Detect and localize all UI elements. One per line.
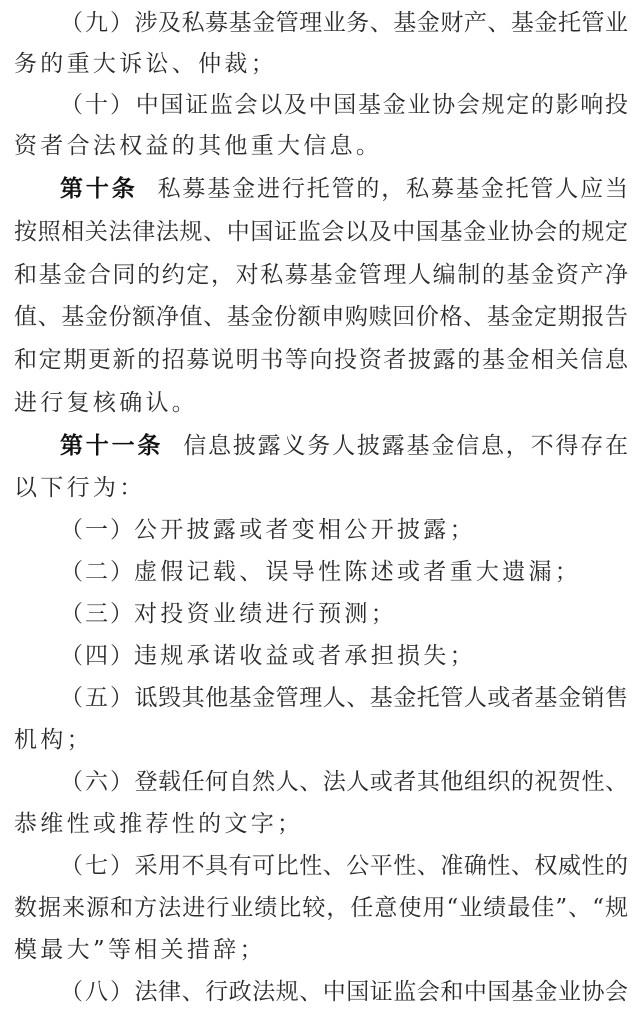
item-number: （五） xyxy=(60,683,134,713)
item-number: （十） xyxy=(60,90,134,120)
article-10-line-5: 和定期更新的招募说明书等向投资者披露的基金相关信息 xyxy=(14,345,628,375)
article-11-line-2: 以下行为： xyxy=(14,473,628,503)
item-number: （四） xyxy=(60,641,134,671)
item-8-line-1: （八）法律、行政法规、中国证监会和中国基金业协会 xyxy=(60,977,628,1007)
item-number: （六） xyxy=(60,767,134,797)
item-6-line-2: 恭维性或推荐性的文字； xyxy=(14,809,628,839)
item-9-line-2: 务的重大诉讼、仲裁； xyxy=(14,49,628,79)
item-number: （八） xyxy=(60,977,134,1007)
item-number: （七） xyxy=(60,851,134,881)
item-4: （四）违规承诺收益或者承担损失； xyxy=(60,641,628,671)
item-6-line-1: （六）登载任何自然人、法人或者其他组织的祝贺性、 xyxy=(60,767,628,797)
item-5-line-2: 机构； xyxy=(14,725,628,755)
article-title: 第十一条 xyxy=(60,433,163,459)
item-10-line-2: 资者合法权益的其他重大信息。 xyxy=(14,131,628,161)
item-7-line-1: （七）采用不具有可比性、公平性、准确性、权威性的 xyxy=(60,851,628,881)
document-page: （九）涉及私募基金管理业务、基金财产、基金托管业 务的重大诉讼、仲裁； （十）中… xyxy=(0,0,640,1013)
article-10-line-6: 进行复核确认。 xyxy=(14,388,628,418)
article-11-line-1: 第十一条信息披露义务人披露基金信息，不得存在 xyxy=(60,431,628,461)
article-10-line-4: 值、基金份额净值、基金份额申购赎回价格、基金定期报告 xyxy=(14,302,628,332)
item-10-line-1: （十）中国证监会以及中国基金业协会规定的影响投 xyxy=(60,90,628,120)
item-7-line-3: 模最大”等相关措辞； xyxy=(14,935,628,965)
item-5-line-1: （五）诋毁其他基金管理人、基金托管人或者基金销售 xyxy=(60,683,628,713)
item-number: （一） xyxy=(60,515,134,545)
item-number: （三） xyxy=(60,599,134,629)
item-number: （二） xyxy=(60,557,134,587)
item-number: （九） xyxy=(60,8,134,38)
item-7-line-2: 数据来源和方法进行业绩比较，任意使用“业绩最佳”、“规 xyxy=(14,893,628,923)
item-3: （三）对投资业绩进行预测； xyxy=(60,599,628,629)
item-1: （一）公开披露或者变相公开披露； xyxy=(60,515,628,545)
item-9-line-1: （九）涉及私募基金管理业务、基金财产、基金托管业 xyxy=(60,8,628,38)
article-10-line-3: 和基金合同的约定，对私募基金管理人编制的基金资产净 xyxy=(14,260,628,290)
article-10-line-2: 按照相关法律法规、中国证监会以及中国基金业协会的规定 xyxy=(14,217,628,247)
article-title: 第十条 xyxy=(60,176,138,202)
item-2: （二）虚假记载、误导性陈述或者重大遗漏； xyxy=(60,557,628,587)
article-10-line-1: 第十条私募基金进行托管的，私募基金托管人应当 xyxy=(60,174,628,204)
